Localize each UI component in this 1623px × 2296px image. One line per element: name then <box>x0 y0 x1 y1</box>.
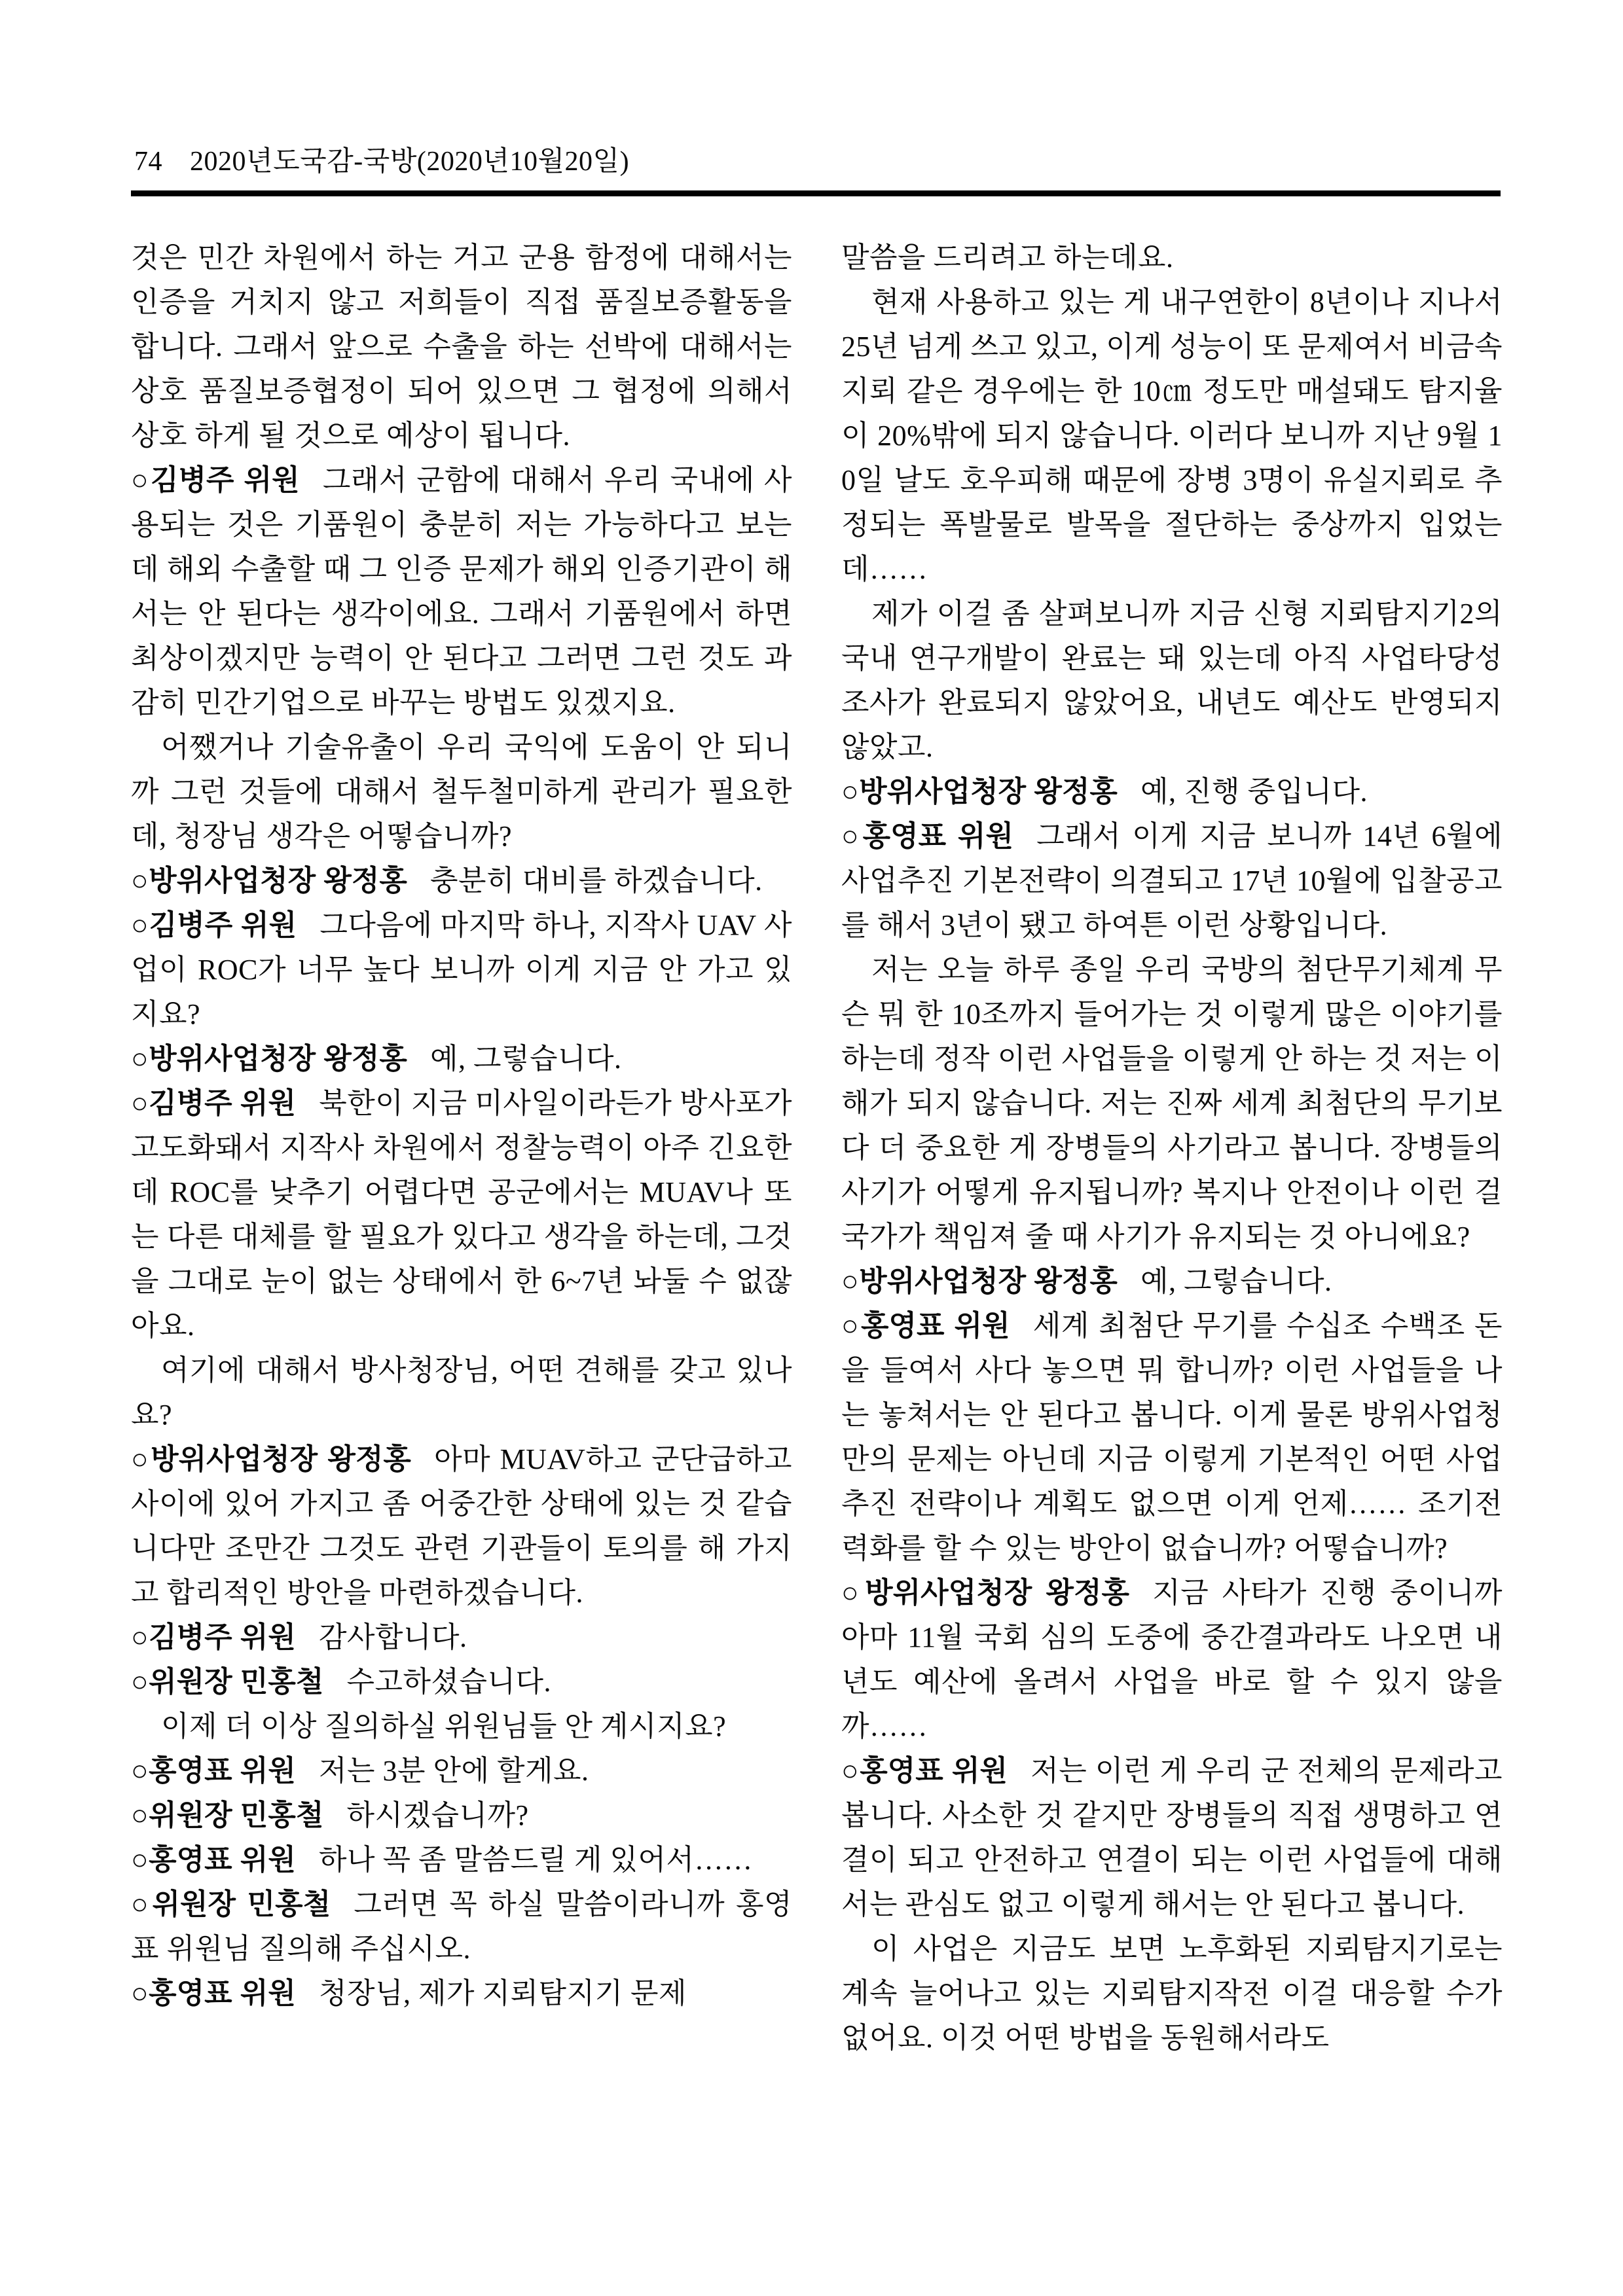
speech-text: 하시겠습니까? <box>347 1799 529 1831</box>
text-paragraph: 현재 사용하고 있는 게 내구연한이 8년이나 지나서 25년 넘게 쓰고 있고… <box>841 280 1503 592</box>
speech-paragraph: ○방위사업청장 왕정홍아마 MUAV하고 군단급하고 사이에 있어 가지고 좀 … <box>131 1437 792 1615</box>
speech-paragraph: ○김병주 위원그래서 군함에 대해서 우리 국내에 사용되는 것은 기품원이 충… <box>131 458 792 725</box>
speaker-mark: ○ <box>841 1265 859 1297</box>
speech-text: 말씀을 드리려고 하는데요. <box>841 242 1174 274</box>
speech-text: 북한이 지금 미사일이라든가 방사포가 고도화돼서 지작사 차원에서 정찰능력이… <box>131 1087 792 1342</box>
speech-paragraph: ○홍영표 위원저는 이런 게 우리 군 전체의 문제라고 봅니다. 사소한 것 … <box>841 1749 1503 1927</box>
speaker-mark: ○ <box>131 1666 149 1698</box>
speaker-name: 방위사업청장 왕정홍 <box>865 1577 1129 1609</box>
speech-paragraph: ○위원장 민홍철수고하셨습니다. <box>131 1660 792 1704</box>
speech-paragraph: ○김병주 위원감사합니다. <box>131 1615 792 1660</box>
speech-text: 예, 진행 중입니다. <box>1140 776 1368 808</box>
speaker-mark: ○ <box>131 865 149 897</box>
speech-text: 수고하셨습니다. <box>347 1666 552 1698</box>
speaker-name: 방위사업청장 왕정홍 <box>859 1265 1118 1297</box>
text-paragraph: 말씀을 드리려고 하는데요. <box>841 236 1503 280</box>
speech-text: 하나 꼭 좀 말씀드릴 게 있어서…… <box>319 1844 753 1876</box>
speaker-name: 홍영표 위원 <box>860 1755 1008 1787</box>
speech-paragraph: ○김병주 위원북한이 지금 미사일이라든가 방사포가 고도화돼서 지작사 차원에… <box>131 1081 792 1348</box>
speaker-mark: ○ <box>131 1977 149 2009</box>
page-number: 74 <box>134 147 162 177</box>
speaker-mark: ○ <box>131 1043 149 1075</box>
speaker-mark: ○ <box>131 1844 149 1876</box>
speaker-mark: ○ <box>131 1087 149 1119</box>
speaker-mark: ○ <box>131 1755 149 1787</box>
header-title: 2020년도국감-국방(2020년10월20일) <box>190 147 629 177</box>
speaker-name: 홍영표 위원 <box>863 820 1013 852</box>
speech-paragraph: ○홍영표 위원청장님, 제가 지뢰탐지기 문제 <box>131 1971 792 2016</box>
speaker-mark: ○ <box>131 464 151 496</box>
speaker-name: 위원장 민홍철 <box>149 1799 323 1831</box>
speech-text: 예, 그렇습니다. <box>430 1043 622 1075</box>
speech-paragraph: ○홍영표 위원그래서 이게 지금 보니까 14년 6월에 사업추진 기본전략이 … <box>841 814 1503 948</box>
speaker-mark: ○ <box>841 776 859 808</box>
speech-paragraph: ○방위사업청장 왕정홍지금 사타가 진행 중이니까 아마 11월 국회 심의 도… <box>841 1571 1503 1749</box>
text-paragraph: 어쨌거나 기술유출이 우리 국익에 도움이 안 되니까 그런 것들에 대해서 철… <box>131 725 792 859</box>
text-paragraph: 저는 오늘 하루 종일 우리 국방의 첨단무기체계 무슨 뭐 한 10조까지 들… <box>841 948 1503 1259</box>
speaker-name: 위원장 민홍철 <box>152 1888 331 1920</box>
speaker-mark: ○ <box>131 1621 149 1653</box>
speech-text: 청장님, 제가 지뢰탐지기 문제 <box>319 1977 687 2009</box>
speaker-name: 김병주 위원 <box>149 909 297 941</box>
speaker-name: 김병주 위원 <box>149 1087 296 1119</box>
speech-text: 저는 3분 안에 할게요. <box>319 1755 589 1787</box>
speech-paragraph: ○김병주 위원그다음에 마지막 하나, 지작사 UAV 사업이 ROC가 너무 … <box>131 903 792 1037</box>
speaker-name: 방위사업청장 왕정홍 <box>859 776 1118 808</box>
speech-text: 저는 오늘 하루 종일 우리 국방의 첨단무기체계 무슨 뭐 한 10조까지 들… <box>841 954 1503 1253</box>
speaker-mark: ○ <box>841 820 863 852</box>
right-column: 말씀을 드리려고 하는데요.현재 사용하고 있는 게 내구연한이 8년이나 지나… <box>841 236 1503 2060</box>
header-divider-rule <box>131 190 1501 196</box>
speaker-mark: ○ <box>841 1310 861 1342</box>
speech-text: 감사합니다. <box>319 1621 467 1653</box>
speaker-name: 위원장 민홍철 <box>149 1666 323 1698</box>
speaker-mark: ○ <box>131 1799 149 1831</box>
speech-paragraph: ○홍영표 위원저는 3분 안에 할게요. <box>131 1749 792 1793</box>
speaker-name: 홍영표 위원 <box>149 1977 296 2009</box>
speaker-name: 김병주 위원 <box>149 1621 296 1653</box>
speech-paragraph: ○방위사업청장 왕정홍예, 진행 중입니다. <box>841 770 1503 814</box>
speaker-name: 홍영표 위원 <box>149 1844 296 1876</box>
speech-text: 그래서 군함에 대해서 우리 국내에 사용되는 것은 기품원이 충분히 저는 가… <box>131 464 792 719</box>
speech-text: 현재 사용하고 있는 게 내구연한이 8년이나 지나서 25년 넘게 쓰고 있고… <box>841 286 1503 585</box>
text-paragraph: 이 사업은 지금도 보면 노후화된 지뢰탐지기로는 계속 늘어나고 있는 지뢰탐… <box>841 1927 1503 2060</box>
speech-paragraph: ○방위사업청장 왕정홍예, 그렇습니다. <box>841 1259 1503 1304</box>
speech-text: 제가 이걸 좀 살펴보니까 지금 신형 지뢰탐지기2의 국내 연구개발이 완료는… <box>841 598 1503 763</box>
speech-text: 이 사업은 지금도 보면 노후화된 지뢰탐지기로는 계속 늘어나고 있는 지뢰탐… <box>841 1933 1503 2054</box>
speaker-name: 홍영표 위원 <box>149 1755 296 1787</box>
speaker-mark: ○ <box>841 1755 860 1787</box>
speaker-name: 김병주 위원 <box>151 464 300 496</box>
speech-text: 예, 그렇습니다. <box>1140 1265 1332 1297</box>
speech-text: 충분히 대비를 하겠습니다. <box>430 865 763 897</box>
speaker-name: 방위사업청장 왕정홍 <box>149 1043 407 1075</box>
page-header: 742020년도국감-국방(2020년10월20일) <box>134 145 629 178</box>
text-paragraph: 것은 민간 차원에서 하는 거고 군용 함정에 대해서는 인증을 거치지 않고 … <box>131 236 792 458</box>
speaker-mark: ○ <box>131 1443 151 1475</box>
speech-paragraph: ○위원장 민홍철그러면 꼭 하실 말씀이라니까 홍영표 위원님 질의해 주십시오… <box>131 1882 792 1971</box>
transcript-columns: 것은 민간 차원에서 하는 거고 군용 함정에 대해서는 인증을 거치지 않고 … <box>131 236 1503 2060</box>
speech-text: 어쨌거나 기술유출이 우리 국익에 도움이 안 되니까 그런 것들에 대해서 철… <box>131 731 792 852</box>
text-paragraph: 여기에 대해서 방사청장님, 어떤 견해를 갖고 있나요? <box>131 1348 792 1437</box>
speaker-name: 방위사업청장 왕정홍 <box>151 1443 411 1475</box>
speaker-mark: ○ <box>841 1577 865 1609</box>
document-page: 742020년도국감-국방(2020년10월20일) 것은 민간 차원에서 하는… <box>0 0 1623 2296</box>
speech-text: 이제 더 이상 질의하실 위원님들 안 계시지요? <box>161 1710 726 1742</box>
speech-text: 것은 민간 차원에서 하는 거고 군용 함정에 대해서는 인증을 거치지 않고 … <box>131 242 792 452</box>
speech-paragraph: ○방위사업청장 왕정홍충분히 대비를 하겠습니다. <box>131 859 792 903</box>
speech-text: 여기에 대해서 방사청장님, 어떤 견해를 갖고 있나요? <box>131 1354 792 1431</box>
speaker-name: 홍영표 위원 <box>861 1310 1010 1342</box>
text-paragraph: 이제 더 이상 질의하실 위원님들 안 계시지요? <box>131 1704 792 1749</box>
speaker-name: 방위사업청장 왕정홍 <box>149 865 407 897</box>
speech-paragraph: ○홍영표 위원세계 최첨단 무기를 수십조 수백조 돈을 들여서 사다 놓으면 … <box>841 1304 1503 1571</box>
speaker-mark: ○ <box>131 909 149 941</box>
speaker-mark: ○ <box>131 1888 152 1920</box>
speech-paragraph: ○홍영표 위원하나 꼭 좀 말씀드릴 게 있어서…… <box>131 1838 792 1882</box>
speech-text: 세계 최첨단 무기를 수십조 수백조 돈을 들여서 사다 놓으면 뭐 합니까? … <box>841 1310 1503 1564</box>
left-column: 것은 민간 차원에서 하는 거고 군용 함정에 대해서는 인증을 거치지 않고 … <box>131 236 792 2060</box>
speech-paragraph: ○방위사업청장 왕정홍예, 그렇습니다. <box>131 1037 792 1081</box>
speech-paragraph: ○위원장 민홍철하시겠습니까? <box>131 1793 792 1838</box>
text-paragraph: 제가 이걸 좀 살펴보니까 지금 신형 지뢰탐지기2의 국내 연구개발이 완료는… <box>841 592 1503 770</box>
